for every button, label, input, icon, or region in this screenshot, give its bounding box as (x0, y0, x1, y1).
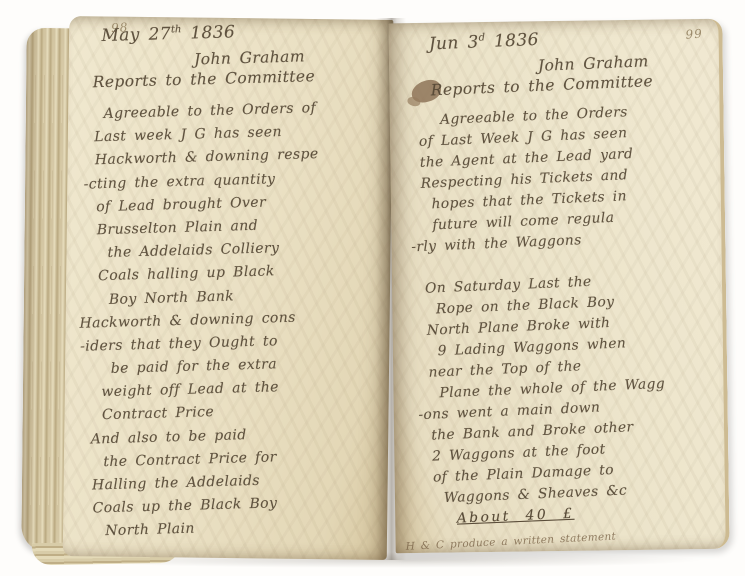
date-ordinal: th (171, 24, 182, 35)
footnote-line: H & C produce a written statement (405, 531, 616, 553)
right-page: 99 Jun 3d 1836 John Graham Reports to th… (388, 19, 729, 554)
right-page-body: Agreeable to the Orders of Last Week J G… (418, 100, 730, 532)
left-page-text: May 27th 1836 John Graham Reports to the… (91, 18, 393, 547)
right-page-text: Jun 3d 1836 John Graham Reports to the C… (414, 22, 729, 532)
date-day: May 27 (101, 24, 171, 46)
entry-heading-right: Reports to the Committee (430, 69, 717, 99)
left-page-body: Agreeable to the Orders of Last week J G… (93, 98, 393, 547)
date-day: Jun 3 (428, 32, 479, 54)
date-year: 1836 (494, 30, 540, 52)
date-year: 1836 (190, 22, 235, 43)
date-ordinal: d (478, 32, 485, 43)
manuscript-book: 98 May 27th 1836 John Graham Reports to … (18, 6, 730, 566)
entry-date-right: Jun 3d 1836 (428, 22, 715, 54)
entry-date-left: May 27th 1836 (101, 18, 391, 46)
left-page: 98 May 27th 1836 John Graham Reports to … (63, 16, 394, 560)
photo-background: 98 May 27th 1836 John Graham Reports to … (0, 0, 745, 576)
entry-heading-left: Reports to the Committee (92, 65, 392, 91)
